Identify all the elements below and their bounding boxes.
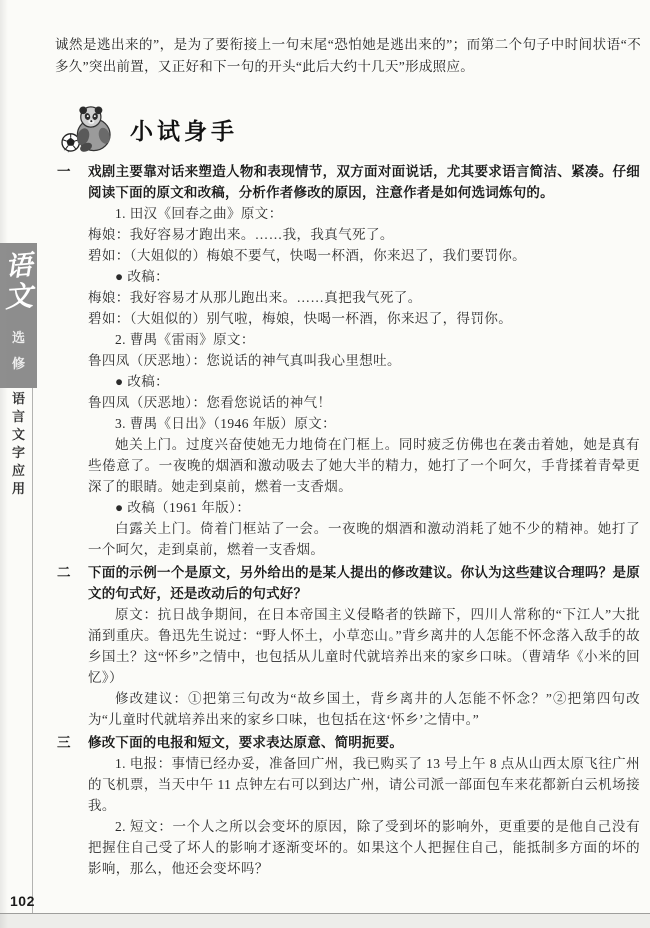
exercise-3-stem: 修改下面的电报和短文，要求表达原意、简明扼要。	[88, 732, 640, 753]
text-line: 碧如：（大姐似的）别气啦，梅娘，快喝一杯酒，你来迟了，得罚你。	[88, 308, 640, 329]
text-paragraph: 她关上门。过度兴奋使她无力地倚在门框上。同时疲乏仿佛也在袭击着她，她是真有些倦意…	[88, 434, 640, 497]
exercise-1-stem: 戏剧主要靠对话来塑造人物和表现情节，双方面对面说话，尤其要求语言简洁、紧凑。仔细…	[88, 161, 640, 203]
text-line: ● 改稿：	[88, 266, 640, 287]
series-char: 语	[12, 391, 25, 406]
text-paragraph: 原文：抗日战争期间，在日本帝国主义侵略者的铁蹄下，四川人常称的“下江人”大批涌到…	[88, 604, 640, 688]
page-left-edge-shading	[0, 0, 8, 928]
text-line: 碧如：（大姐似的）梅娘不要气，快喝一杯酒，你来迟了，我们要罚你。	[88, 245, 640, 266]
panda-soccer-icon	[60, 105, 114, 153]
page-bottom-edge	[0, 913, 650, 928]
text-line: 3. 曹禺《日出》（1946 年版）原文：	[88, 413, 640, 434]
exercise-2-number: 二	[57, 562, 71, 583]
series-char: 用	[12, 481, 25, 496]
series-char: 文	[12, 427, 25, 442]
text-line: ● 改稿：	[88, 371, 640, 392]
exercise-list: 一 戏剧主要靠对话来塑造人物和表现情节，双方面对面说话，尤其要求语言简洁、紧凑。…	[57, 159, 640, 879]
text-line: 1. 田汉《回春之曲》原文：	[88, 203, 640, 224]
text-line: 梅娘：我好容易才从那儿跑出来。……真把我气死了。	[88, 287, 640, 308]
text-line: 鲁四凤（厌恶地）：您看您说话的神气！	[88, 392, 640, 413]
series-char: 言	[12, 409, 25, 424]
textbook-page: { "page": { "number": "102" }, "sidebar"…	[0, 0, 650, 928]
text-paragraph: 修改建议：①把第三句改为“故乡国土，背乡离井的人怎能不怀念？”②把第四句改为“儿…	[88, 688, 640, 730]
text-paragraph: 1. 电报：事情已经办妥，准备回广州，我已购买了 13 号上午 8 点从山西太原…	[88, 753, 640, 816]
exercise-2-stem: 下面的示例一个是原文，另外给出的是某人提出的修改建议。你认为这些建议合理吗？是原…	[88, 562, 640, 604]
section-banner: 小试身手	[60, 104, 238, 154]
exercise-1: 一 戏剧主要靠对话来塑造人物和表现情节，双方面对面说话，尤其要求语言简洁、紧凑。…	[57, 161, 640, 560]
exercise-3-number: 三	[57, 732, 71, 753]
text-paragraph: 2. 短文：一个人之所以会变坏的原因，除了受到坏的影响外，更重要的是他自己没有把…	[88, 816, 640, 879]
page-number: 102	[10, 893, 35, 909]
text-line: 梅娘：我好容易才跑出来。……我，我真气死了。	[88, 224, 640, 245]
exercise-3: 三 修改下面的电报和短文，要求表达原意、简明扼要。 1. 电报：事情已经办妥，准…	[57, 732, 640, 879]
exercise-2: 二 下面的示例一个是原文，另外给出的是某人提出的修改建议。你认为这些建议合理吗？…	[57, 562, 640, 730]
text-line: 鲁四凤（厌恶地）：您说话的神气真叫我心里想吐。	[88, 350, 640, 371]
intro-paragraph: 诚然是逃出来的”，是为了要衔接上一句末尾“恐怕她是逃出来的”；而第二个句子中时间…	[55, 34, 641, 78]
text-line: 2. 曹禺《雷雨》原文：	[88, 329, 640, 350]
section-title: 小试身手	[130, 113, 238, 146]
exercise-1-number: 一	[57, 161, 71, 182]
text-paragraph: 白露关上门。倚着门框站了一会。一夜晚的烟酒和激动消耗了她不少的精神。她打了一个呵…	[88, 518, 640, 560]
series-char: 应	[12, 463, 25, 478]
text-line: ● 改稿（1961 年版）：	[88, 497, 640, 518]
series-char: 字	[12, 445, 25, 460]
